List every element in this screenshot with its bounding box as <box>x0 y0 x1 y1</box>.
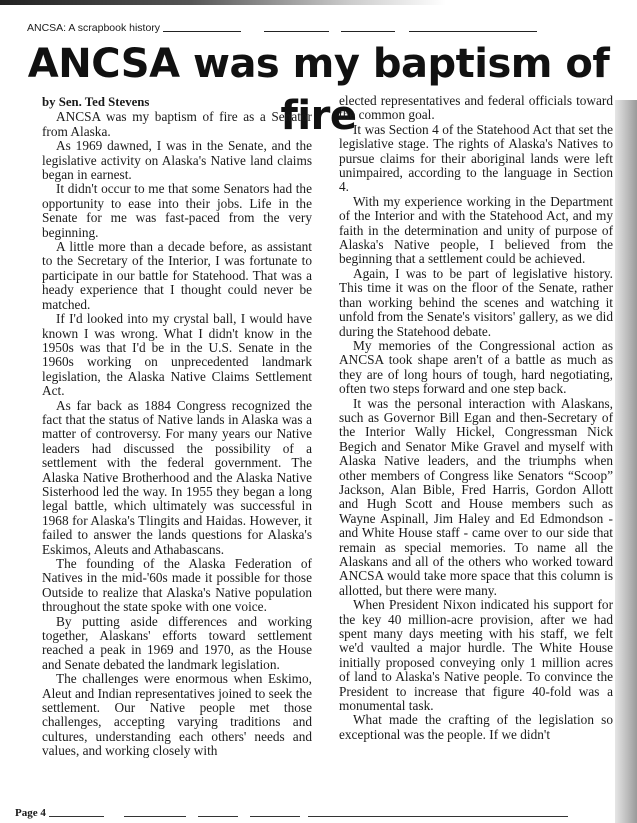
footer-rule <box>49 816 104 817</box>
header-rule <box>163 31 241 32</box>
paragraph: My memories of the Congressional action … <box>339 339 613 397</box>
page-number: Page 4 <box>15 807 46 819</box>
header-rule <box>264 31 329 32</box>
article-column-left: by Sen. Ted Stevens ANCSA was my baptism… <box>42 95 312 759</box>
footer-rule <box>250 816 300 817</box>
paragraph: As 1969 dawned, I was in the Senate, and… <box>42 139 312 182</box>
paragraph: If I'd looked into my crystal ball, I wo… <box>42 312 312 398</box>
paragraph: What made the crafting of the legislatio… <box>339 713 613 742</box>
header-rule <box>341 31 395 32</box>
paragraph: With my experience working in the Depart… <box>339 195 613 267</box>
paragraph-continuation: elected representatives and federal offi… <box>339 94 613 123</box>
paragraph: By putting aside differences and working… <box>42 615 312 673</box>
paragraph: ANCSA was my baptism of fire as a Senato… <box>42 110 312 139</box>
paragraph: It was the personal interaction with Ala… <box>339 397 613 599</box>
running-head: ANCSA: A scrapbook history <box>27 20 612 34</box>
paragraph: When President Nixon indicated his suppo… <box>339 598 613 713</box>
page-footer: Page 4 <box>15 807 615 819</box>
byline: by Sen. Ted Stevens <box>42 95 312 109</box>
scan-shadow-edge <box>615 100 637 823</box>
paragraph: The challenges were enormous when Eskimo… <box>42 672 312 758</box>
paragraph: A little more than a decade before, as a… <box>42 240 312 312</box>
paragraph: It was Section 4 of the Statehood Act th… <box>339 123 613 195</box>
running-head-label: ANCSA: A scrapbook history <box>27 22 160 34</box>
page-top-edge <box>0 0 637 5</box>
article-column-right: elected representatives and federal offi… <box>339 94 613 742</box>
paragraph: As far back as 1884 Congress recognized … <box>42 399 312 557</box>
footer-rule <box>308 816 568 817</box>
footer-rule <box>198 816 238 817</box>
footer-rule <box>124 816 186 817</box>
paragraph: It didn't occur to me that some Senators… <box>42 182 312 240</box>
paragraph: The founding of the Alaska Federation of… <box>42 557 312 615</box>
paragraph: Again, I was to be part of legislative h… <box>339 267 613 339</box>
header-rule <box>409 31 537 32</box>
